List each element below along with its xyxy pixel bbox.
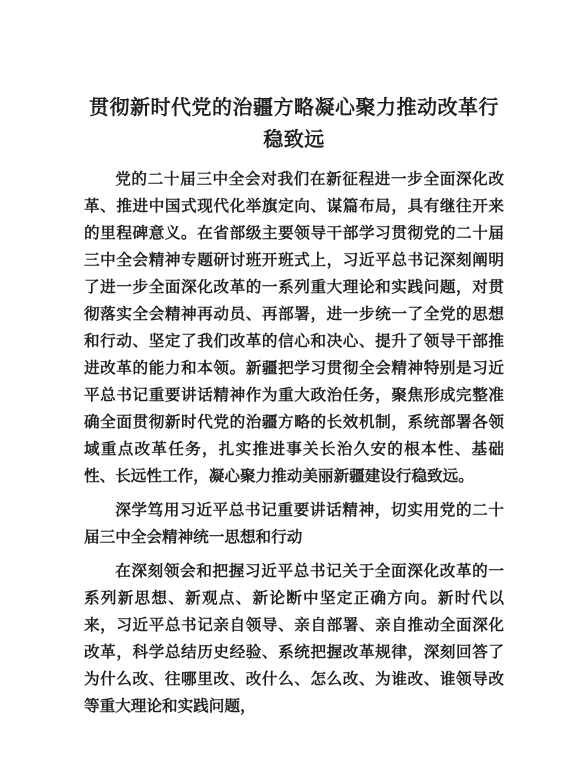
paragraph-intro: 党的二十届三中全会对我们在新征程进一步全面深化改革、推进中国式现代化举旗定向、谋… bbox=[84, 166, 504, 490]
paragraph-body: 在深刻领会和把握习近平总书记关于全面深化改革的一系列新思想、新观点、新论断中坚定… bbox=[84, 558, 504, 720]
section-heading: 深学笃用习近平总书记重要讲话精神，切实用党的二十届三中全会精神统一思想和行动 bbox=[84, 497, 504, 551]
document-page: 贯彻新时代党的治疆方略凝心聚力推动改革行稳致远 党的二十届三中全会对我们在新征程… bbox=[0, 0, 586, 759]
document-title: 贯彻新时代党的治疆方略凝心聚力推动改革行稳致远 bbox=[84, 92, 504, 156]
